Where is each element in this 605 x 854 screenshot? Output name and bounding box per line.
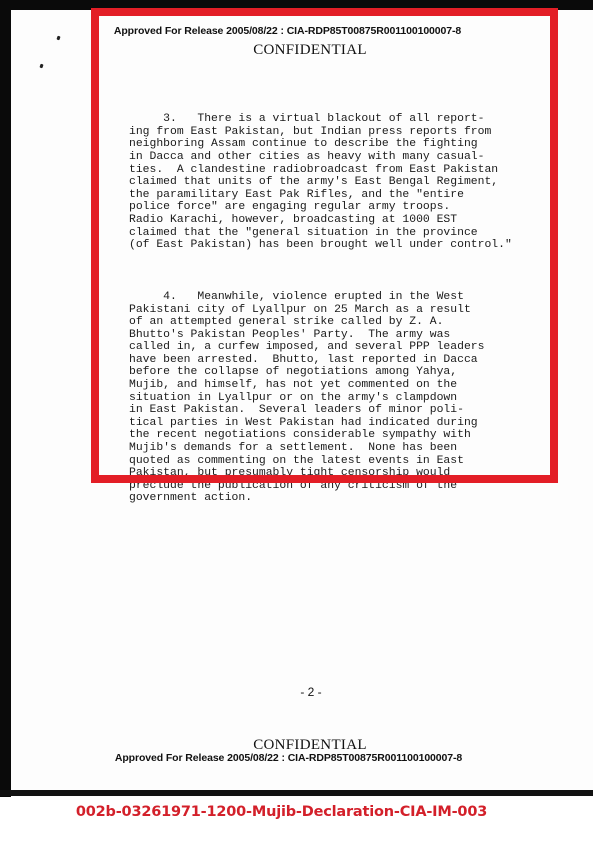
highlight-box bbox=[91, 8, 558, 483]
scan-edge-left bbox=[0, 0, 11, 797]
document-caption: 002b-03261971-1200-Mujib-Declaration-CIA… bbox=[0, 804, 563, 820]
scan-edge-bottom bbox=[0, 790, 593, 796]
scan-speck bbox=[39, 64, 43, 69]
release-footer: Approved For Release 2005/08/22 : CIA-RD… bbox=[0, 752, 585, 764]
page-number: - 2 - bbox=[0, 685, 605, 699]
text-line: government action. bbox=[129, 492, 549, 505]
